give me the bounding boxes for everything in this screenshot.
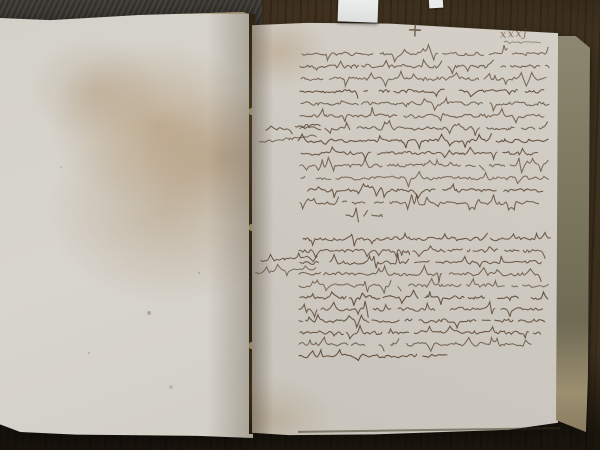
archive-paper-tab-corner [429,0,444,8]
archive-paper-tab [338,0,379,23]
invocation-cross-symbol: + [402,20,429,42]
manuscript-book [0,0,600,450]
folio-number: xxxj [500,26,529,40]
book-fore-edge [556,36,590,432]
foxing-specks [0,14,2,16]
right-page-written [252,22,558,436]
left-page-blank [0,12,253,438]
photo-of-open-manuscript: + xxxj [0,0,600,450]
